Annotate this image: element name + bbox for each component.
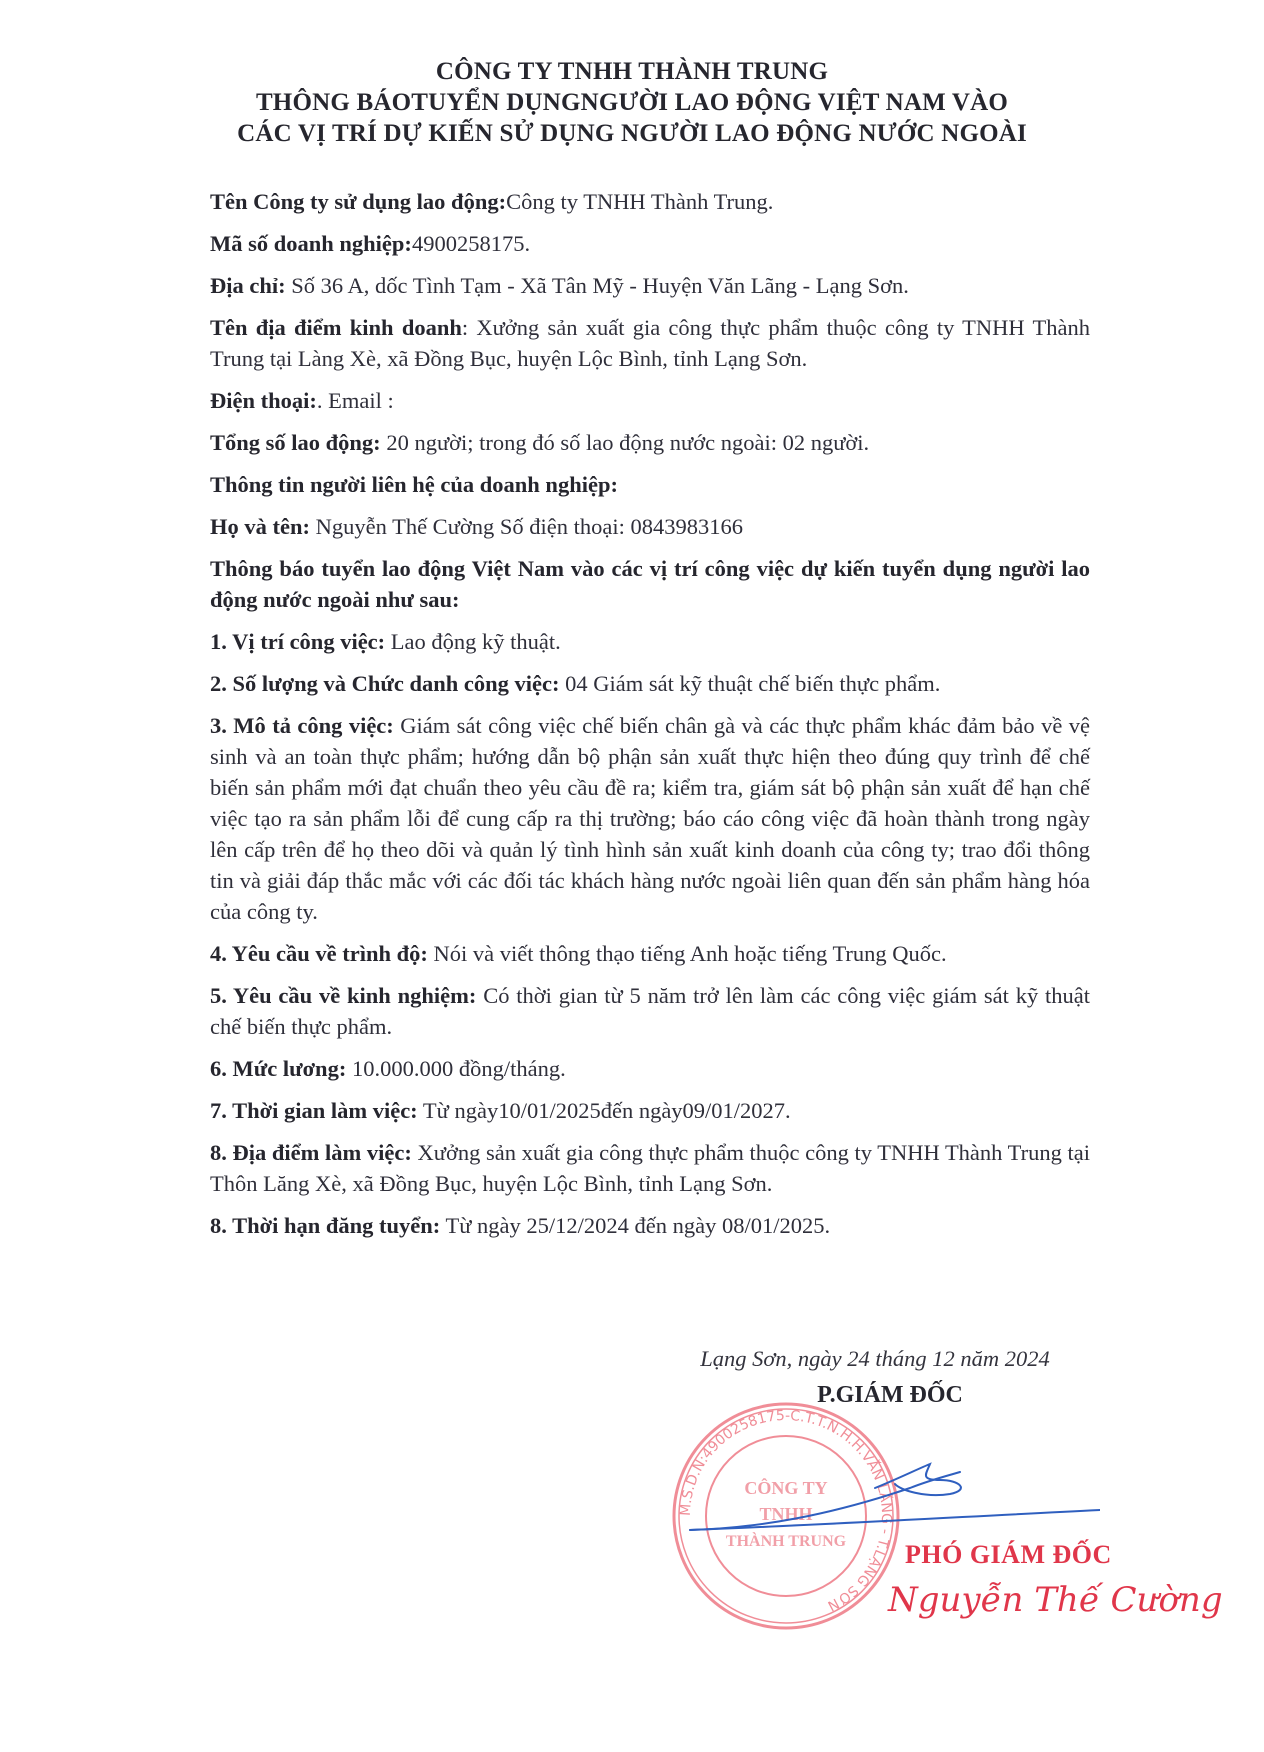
notice-title-line2: CÁC VỊ TRÍ DỰ KIẾN SỬ DỤNG NGƯỜI LAO ĐỘN… <box>0 118 1264 149</box>
info-contact-phone-email: Điện thoại:. Email : <box>210 385 1090 416</box>
item-job-position: 1. Vị trí công việc: Lao động kỹ thuật. <box>210 626 1090 657</box>
recruitment-intro: Thông báo tuyển lao động Việt Nam vào cá… <box>210 553 1090 615</box>
item-posting-deadline: 8. Thời hạn đăng tuyển: Từ ngày 25/12/20… <box>210 1210 1090 1241</box>
info-business-location: Tên địa điểm kinh doanh: Xưởng sản xuất … <box>210 312 1090 374</box>
info-contact-person: Họ và tên: Nguyễn Thế Cường Số điện thoạ… <box>210 511 1090 542</box>
document-page: CÔNG TY TNHH THÀNH TRUNG THÔNG BÁOTUYỂN … <box>0 0 1264 1752</box>
item-salary: 6. Mức lương: 10.000.000 đồng/tháng. <box>210 1053 1090 1084</box>
place-date: Lạng Sơn, ngày 24 tháng 12 năm 2024 <box>655 1346 1095 1372</box>
info-total-workers: Tổng số lao động: 20 người; trong đó số … <box>210 427 1090 458</box>
item-work-location: 8. Địa điểm làm việc: Xưởng sản xuất gia… <box>210 1137 1090 1199</box>
item-work-period: 7. Thời gian làm việc: Từ ngày10/01/2025… <box>210 1095 1090 1126</box>
item-quantity-title: 2. Số lượng và Chức danh công việc: 04 G… <box>210 668 1090 699</box>
document-body: Tên Công ty sử dụng lao động:Công ty TNH… <box>210 186 1090 1252</box>
item-experience-requirement: 5. Yêu cầu về kinh nghiệm: Có thời gian … <box>210 980 1090 1042</box>
info-tax-code: Mã số doanh nghiệp:4900258175. <box>210 228 1090 259</box>
document-header: CÔNG TY TNHH THÀNH TRUNG THÔNG BÁOTUYỂN … <box>0 56 1264 149</box>
info-address: Địa chỉ: Số 36 A, dốc Tình Tạm - Xã Tân … <box>210 270 1090 301</box>
item-education-requirement: 4. Yêu cầu về trình độ: Nói và viết thôn… <box>210 938 1090 969</box>
notice-title-line1: THÔNG BÁOTUYỂN DỤNGNGƯỜI LAO ĐỘNG VIỆT N… <box>0 87 1264 118</box>
info-contact-heading: Thông tin người liên hệ của doanh nghiệp… <box>210 469 1090 500</box>
item-job-description: 3. Mô tả công việc: Giám sát công việc c… <box>210 710 1090 927</box>
signer-name-red: Nguyễn Thế Cường <box>888 1580 1223 1620</box>
info-company: Tên Công ty sử dụng lao động:Công ty TNH… <box>210 186 1090 217</box>
company-name: CÔNG TY TNHH THÀNH TRUNG <box>0 56 1264 87</box>
signer-title-red: PHÓ GIÁM ĐỐC <box>905 1540 1112 1570</box>
